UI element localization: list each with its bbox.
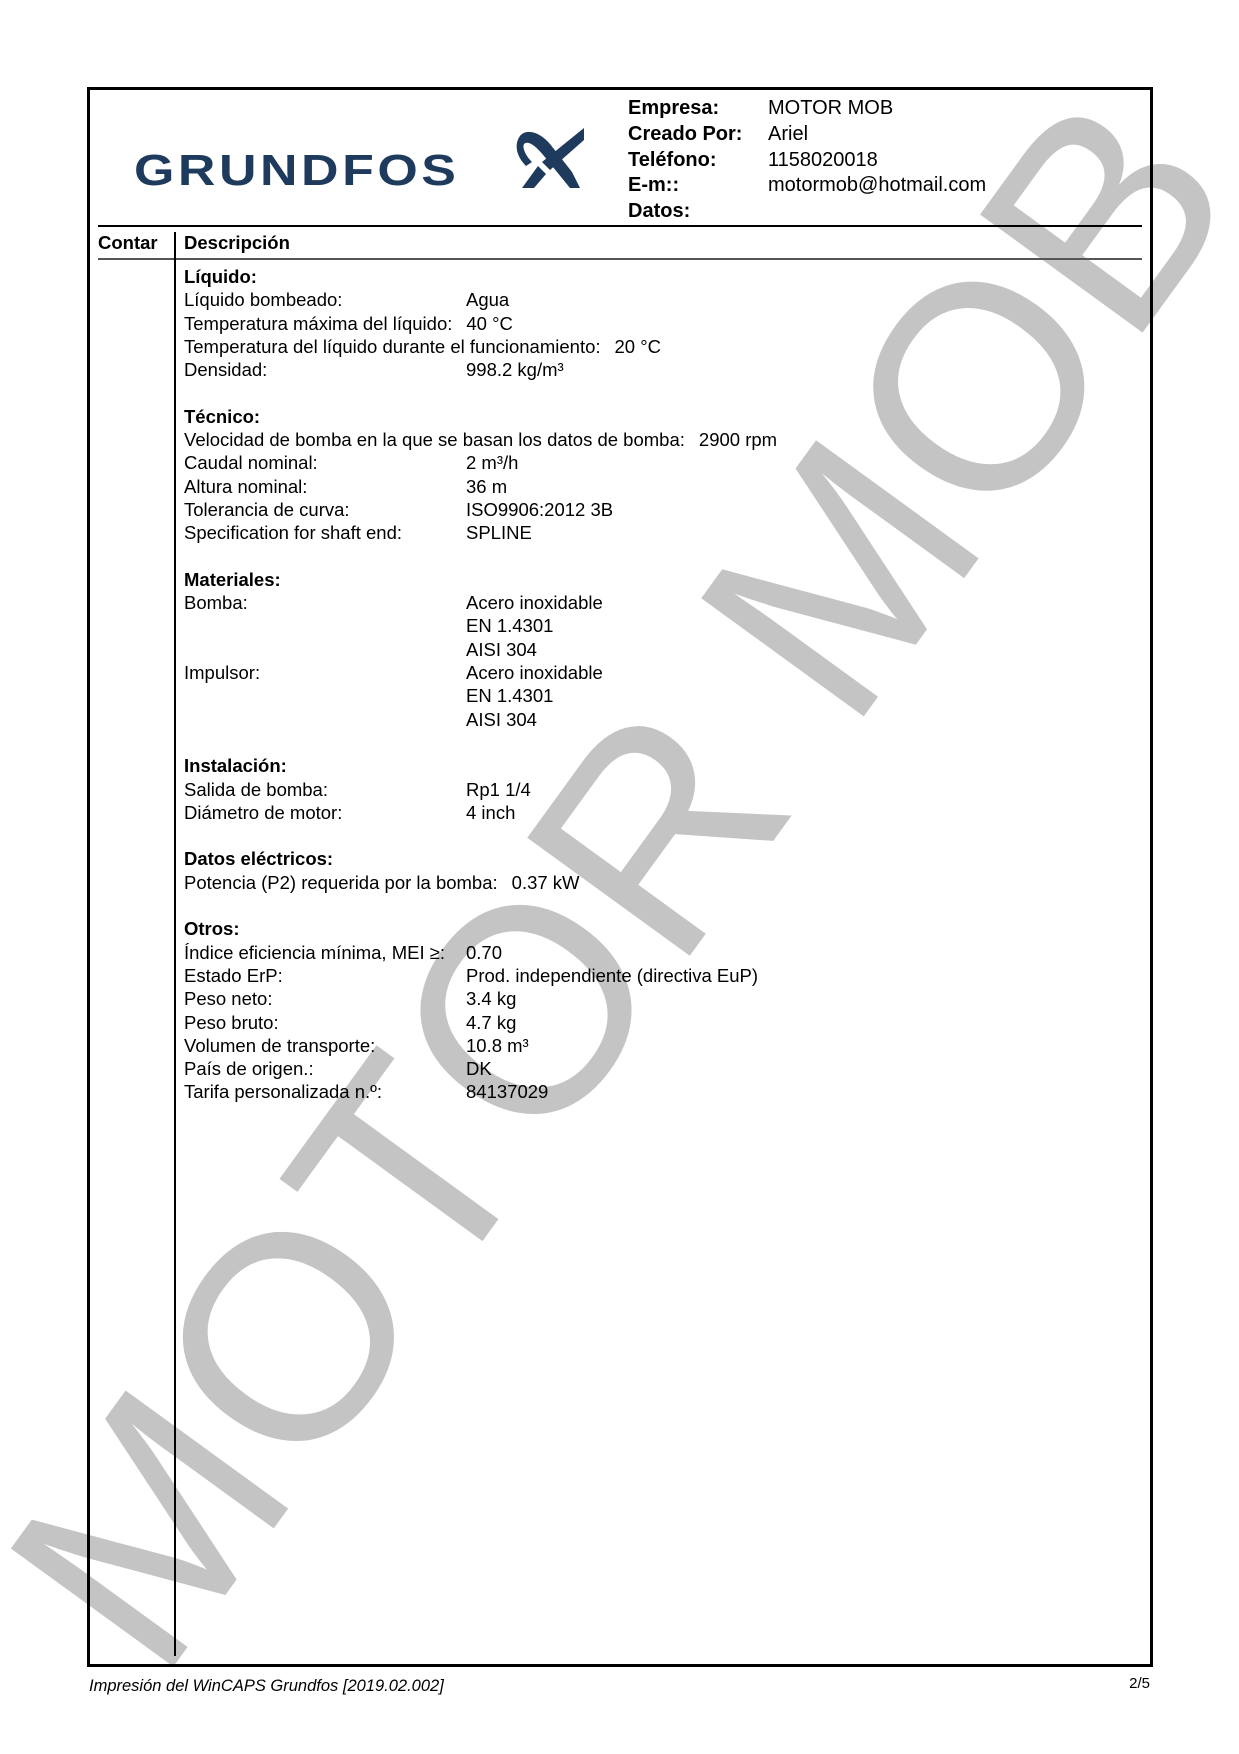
- spec-label: País de origen.:: [184, 1057, 314, 1080]
- spec-label: Diámetro de motor:: [184, 801, 342, 824]
- description-content: Líquido: Líquido bombeado:Agua Temperatu…: [184, 265, 777, 1127]
- spec-value: 0.37 kW: [498, 872, 580, 893]
- spec-label: Velocidad de bomba en la que se basan lo…: [184, 429, 685, 450]
- grundfos-x-icon: [514, 126, 586, 190]
- section-other: Otros: Índice eficiencia mínima, MEI ≥:0…: [184, 917, 777, 1103]
- created-by-row: Creado Por: Ariel: [628, 122, 986, 148]
- section-title: Líquido:: [184, 265, 777, 288]
- spec-row: Líquido bombeado:Agua: [184, 288, 777, 311]
- spec-label: Temperatura máxima del líquido:: [184, 313, 452, 334]
- spec-value: 36 m: [466, 475, 507, 498]
- section-electrical: Datos eléctricos: Potencia (P2) requerid…: [184, 847, 777, 894]
- spec-value: Acero inoxidable: [466, 591, 603, 614]
- spec-value: DK: [466, 1057, 492, 1080]
- email-label: E-m::: [628, 173, 768, 199]
- email-row: E-m:: motormob@hotmail.com: [628, 173, 986, 199]
- created-by-label: Creado Por:: [628, 122, 768, 148]
- spec-label: Volumen de transporte:: [184, 1034, 375, 1057]
- spec-value: ISO9906:2012 3B: [466, 498, 613, 521]
- spec-label: Estado ErP:: [184, 964, 283, 987]
- section-title: Materiales:: [184, 568, 777, 591]
- spec-value: 4 inch: [466, 801, 515, 824]
- spec-label: Specification for shaft end:: [184, 521, 402, 544]
- section-title: Instalación:: [184, 754, 777, 777]
- spec-row: Estado ErP:Prod. independiente (directiv…: [184, 964, 777, 987]
- spec-value: 0.70: [466, 941, 502, 964]
- spec-value: 4.7 kg: [466, 1011, 516, 1034]
- column-header-description: Descripción: [184, 232, 290, 254]
- spec-value: 2900 rpm: [685, 429, 777, 450]
- spec-value: 2 m³/h: [466, 451, 518, 474]
- spec-label: Bomba:: [184, 591, 248, 614]
- spec-row: Densidad:998.2 kg/m³: [184, 358, 777, 381]
- spec-value: Prod. independiente (directiva EuP): [466, 964, 758, 987]
- spec-label: Potencia (P2) requerida por la bomba:: [184, 872, 498, 893]
- spec-row: Bomba:Acero inoxidable: [184, 591, 777, 614]
- spec-label: Altura nominal:: [184, 475, 307, 498]
- footer-print-info: Impresión del WinCAPS Grundfos [2019.02.…: [89, 1677, 444, 1696]
- section-title: Otros:: [184, 917, 777, 940]
- spec-row: Salida de bomba:Rp1 1/4: [184, 778, 777, 801]
- spec-label: Salida de bomba:: [184, 778, 328, 801]
- spec-row: Impulsor:Acero inoxidable: [184, 661, 777, 684]
- spec-row: Índice eficiencia mínima, MEI ≥:0.70: [184, 941, 777, 964]
- phone-label: Teléfono:: [628, 148, 768, 174]
- spec-label: Tarifa personalizada n.º:: [184, 1080, 382, 1103]
- spec-value: SPLINE: [466, 521, 532, 544]
- spec-label: Caudal nominal:: [184, 451, 318, 474]
- data-label: Datos:: [628, 199, 768, 225]
- spec-row: Velocidad de bomba en la que se basan lo…: [184, 428, 777, 451]
- spec-label: Impulsor:: [184, 661, 260, 684]
- company-row: Empresa: MOTOR MOB: [628, 96, 986, 122]
- spec-row: EN 1.4301: [184, 614, 777, 637]
- spec-row: Peso neto:3.4 kg: [184, 987, 777, 1010]
- column-header-count: Contar: [98, 232, 158, 254]
- spec-value: 998.2 kg/m³: [466, 358, 564, 381]
- section-materials: Materiales: Bomba:Acero inoxidable EN 1.…: [184, 568, 777, 731]
- spec-value: Acero inoxidable: [466, 661, 603, 684]
- company-label: Empresa:: [628, 96, 768, 122]
- spec-row: Tarifa personalizada n.º:84137029: [184, 1080, 777, 1103]
- spec-label: Índice eficiencia mínima, MEI ≥:: [184, 941, 445, 964]
- spec-value: 20 °C: [601, 336, 661, 357]
- phone-value: 1158020018: [768, 148, 878, 174]
- spec-value: 10.8 m³: [466, 1034, 529, 1057]
- spec-label: Temperatura del líquido durante el funci…: [184, 336, 601, 357]
- spec-label: Densidad:: [184, 358, 267, 381]
- spec-value: AISI 304: [466, 708, 537, 731]
- section-title: Datos eléctricos:: [184, 847, 777, 870]
- section-technical: Técnico: Velocidad de bomba en la que se…: [184, 405, 777, 545]
- spec-value: Rp1 1/4: [466, 778, 531, 801]
- spec-row: Volumen de transporte:10.8 m³: [184, 1034, 777, 1057]
- company-value: MOTOR MOB: [768, 96, 893, 122]
- spec-label: Líquido bombeado:: [184, 288, 342, 311]
- spec-value: 40 °C: [452, 313, 512, 334]
- spec-row: AISI 304: [184, 708, 777, 731]
- spec-row: Potencia (P2) requerida por la bomba:0.3…: [184, 871, 777, 894]
- page-number: 2/5: [1129, 1675, 1150, 1692]
- spec-row: Altura nominal:36 m: [184, 475, 777, 498]
- spec-label: Tolerancia de curva:: [184, 498, 350, 521]
- spec-label: Peso bruto:: [184, 1011, 279, 1034]
- section-title: Técnico:: [184, 405, 777, 428]
- email-value: motormob@hotmail.com: [768, 173, 986, 199]
- spec-value: 84137029: [466, 1080, 548, 1103]
- spec-row: Peso bruto:4.7 kg: [184, 1011, 777, 1034]
- column-divider: [174, 232, 176, 1656]
- spec-row: País de origen.:DK: [184, 1057, 777, 1080]
- phone-row: Teléfono: 1158020018: [628, 148, 986, 174]
- spec-row: Tolerancia de curva:ISO9906:2012 3B: [184, 498, 777, 521]
- spec-row: Specification for shaft end:SPLINE: [184, 521, 777, 544]
- spec-row: Diámetro de motor:4 inch: [184, 801, 777, 824]
- spec-label: Peso neto:: [184, 987, 272, 1010]
- spec-row: Temperatura máxima del líquido:40 °C: [184, 312, 777, 335]
- company-info: Empresa: MOTOR MOB Creado Por: Ariel Tel…: [628, 96, 986, 225]
- spec-row: Temperatura del líquido durante el funci…: [184, 335, 777, 358]
- spec-value: Agua: [466, 288, 509, 311]
- spec-row: Caudal nominal:2 m³/h: [184, 451, 777, 474]
- data-row: Datos:: [628, 199, 986, 225]
- column-header-divider: [98, 258, 1142, 260]
- created-by-value: Ariel: [768, 122, 808, 148]
- section-liquid: Líquido: Líquido bombeado:Agua Temperatu…: [184, 265, 777, 381]
- spec-row: EN 1.4301: [184, 684, 777, 707]
- spec-value: 3.4 kg: [466, 987, 516, 1010]
- header-divider: [98, 225, 1142, 227]
- section-installation: Instalación: Salida de bomba:Rp1 1/4 Diá…: [184, 754, 777, 824]
- spec-value: EN 1.4301: [466, 614, 553, 637]
- spec-row: AISI 304: [184, 638, 777, 661]
- spec-value: EN 1.4301: [466, 684, 553, 707]
- spec-value: AISI 304: [466, 638, 537, 661]
- logo-wordmark: GRUNDFOS: [134, 146, 459, 196]
